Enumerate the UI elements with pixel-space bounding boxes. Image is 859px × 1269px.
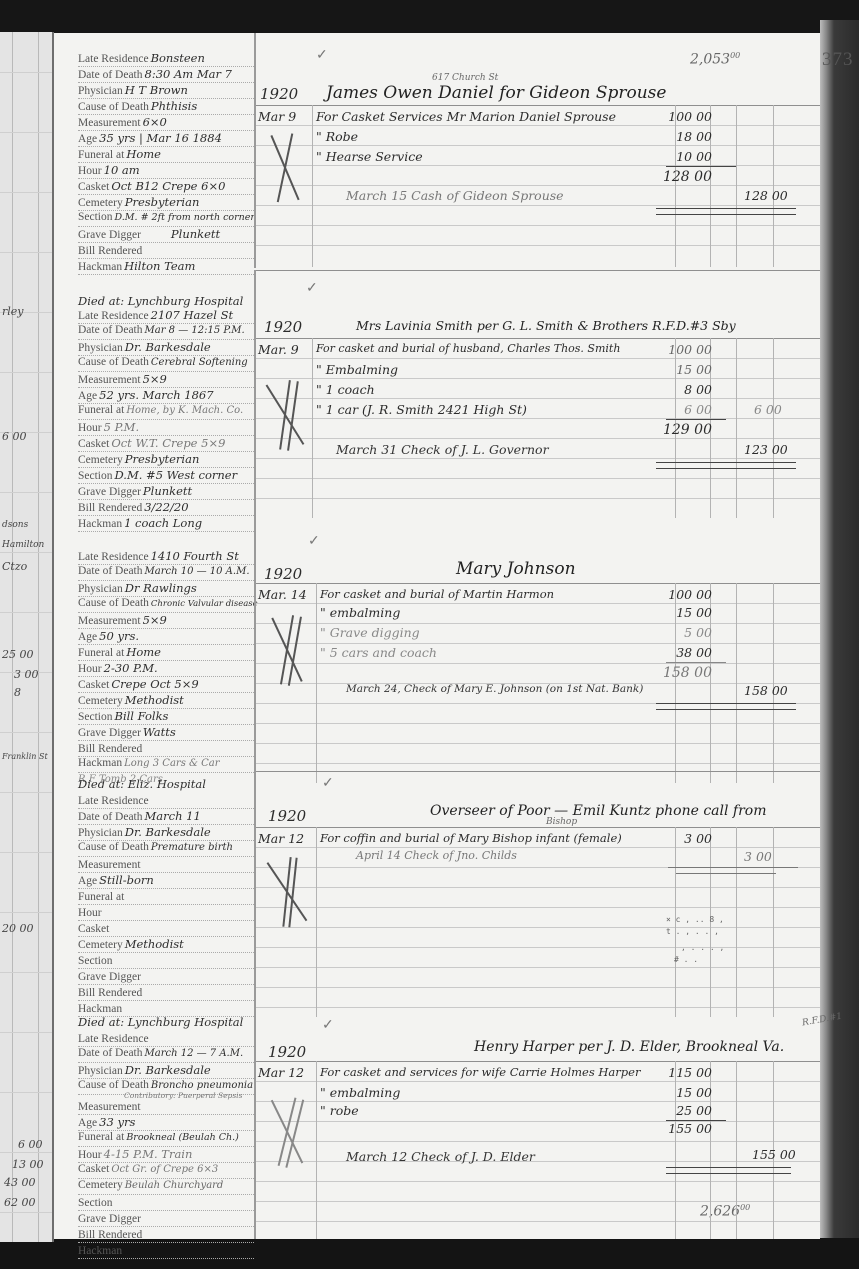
account-note: Bishop (546, 817, 577, 827)
hour-value: 5 P.M. (104, 420, 139, 434)
pencil-scribbles: t . , . . , (666, 927, 719, 936)
ledger-entry: Died at: Eliz. Hospital Late Residence D… (54, 765, 820, 995)
funeral-at-value: Home (126, 147, 161, 161)
account-note: 617 Church St (432, 73, 498, 83)
section-value: Bill Folks (115, 709, 169, 723)
account-name: Overseer of Poor — Emil Kuntz phone call… (430, 803, 767, 819)
line-item-description: " robe (320, 1103, 359, 1118)
measurement-value: 5×9 (143, 613, 167, 627)
line-item-description: " embalming (320, 605, 400, 620)
line-item-amount: 100 00 (654, 342, 712, 357)
casket-value: Oct B12 Crepe 6×0 (111, 179, 225, 193)
cause-of-death-value: Premature birth (151, 842, 233, 853)
line-item-description: For casket and burial of husband, Charle… (316, 342, 620, 355)
physician-value: Dr Rawlings (125, 581, 197, 595)
line-item-amount: 10 00 (654, 149, 712, 164)
age-value: 50 yrs. (99, 629, 139, 643)
cause-of-death-value: Phthisis (151, 99, 197, 113)
account-record: ✓ 1920 Mrs Lavinia Smith per G. L. Smith… (256, 270, 820, 515)
age-value: Still-born (99, 873, 154, 887)
line-item-amount: 8 00 (654, 382, 712, 397)
payment-amount: 158 00 (744, 683, 788, 698)
entry-year: 1920 (260, 85, 298, 103)
hour-value: 2-30 P.M. (104, 661, 158, 675)
line-item-amount: 25 00 (654, 1103, 712, 1118)
prev-page-note: Hamilton (2, 540, 44, 550)
check-mark-icon: ✓ (322, 1017, 334, 1034)
pencil-scribbles: , . . . , (681, 943, 724, 952)
account-record: ✓ 1920 Henry Harper per J. D. Elder, Bro… (256, 1001, 820, 1239)
deceased-record: Late Residence1410 Fourth St Date of Dea… (54, 515, 254, 755)
line-item-amount: 18 00 (654, 129, 712, 144)
hour-value: 10 am (104, 163, 140, 177)
payment-description: March 24, Check of Mary E. Johnson (on 1… (346, 683, 643, 695)
account-name: James Owen Daniel for Gideon Sprouse (326, 83, 666, 103)
physician-value: H T Brown (125, 83, 188, 97)
casket-value: Oct Gr. of Crepe 6×3 (111, 1164, 218, 1175)
line-item-date: Mar 9 (258, 109, 296, 124)
payment-description: April 14 Check of Jno. Childs (356, 849, 517, 862)
subtotal-amount: 128 00 (654, 169, 712, 185)
line-item-amount: 38 00 (654, 645, 712, 660)
physician-value: Dr. Barkesdale (125, 1063, 211, 1077)
died-at-value: Died at: Eliz. Hospital (78, 777, 206, 791)
bill-rendered-value: 3/22/20 (144, 500, 188, 514)
subtotal-amount: 158 00 (654, 665, 712, 681)
check-mark-icon: ✓ (322, 775, 334, 792)
date-of-death-value: March 10 — 10 A.M. (145, 566, 250, 577)
ledger-page: 373 2,05300 2,62600 Late ResidenceBonste… (54, 33, 820, 1239)
line-item-description: " Robe (316, 129, 358, 144)
cross-out-mark (264, 855, 311, 929)
cross-out-mark (260, 1093, 316, 1171)
line-item-description: " Hearse Service (316, 149, 423, 164)
date-of-death-value: 8:30 Am Mar 7 (145, 67, 232, 81)
funeral-at-value: Brookneal (Beulah Ch.) (126, 1132, 239, 1143)
prev-page-note: 8 (14, 686, 21, 699)
prev-page-note: rley (2, 305, 24, 318)
line-item-description: For coffin and burial of Mary Bishop inf… (320, 831, 622, 845)
died-at-value: Died at: Lynchburg Hospital (78, 1015, 243, 1029)
date-of-death-value: March 11 (145, 809, 201, 823)
section-value: D.M. # 2ft from north corner (115, 212, 255, 223)
check-mark-icon: ✓ (316, 47, 328, 64)
line-item-amount: 115 00 (654, 1065, 712, 1080)
grave-digger-value: Plunkett (143, 484, 192, 498)
line-item-date: Mar 12 (258, 1065, 304, 1080)
entry-year: 1920 (268, 807, 306, 825)
physician-value: Dr. Barkesdale (125, 825, 211, 839)
age-value: 33 yrs (99, 1115, 135, 1129)
hour-value: 4-15 P.M. Train (104, 1147, 193, 1161)
payment-description: March 31 Check of J. L. Governor (336, 442, 549, 457)
line-item-amount: 15 00 (654, 1085, 712, 1100)
age-value: 35 yrs | Mar 16 1884 (99, 131, 222, 145)
line-item-amount: 5 00 (654, 625, 712, 640)
line-item-amount: 100 00 (654, 109, 712, 124)
entry-year: 1920 (268, 1043, 306, 1061)
line-item-description: " 1 car (J. R. Smith 2421 High St) (316, 402, 527, 417)
line-item-date: Mar 12 (258, 831, 304, 846)
casket-value: Crepe Oct 5×9 (111, 677, 198, 691)
previous-page-margin: rley 6 00 dsons Hamilton Ctzo 25 00 3 00… (0, 32, 54, 1242)
deceased-record: Late ResidenceBonsteen Date of Death8:30… (54, 33, 254, 268)
prev-page-note: Ctzo (2, 560, 27, 573)
carried-amount: 6 00 (754, 402, 782, 417)
cause-of-death-value: Cerebral Softening (151, 357, 248, 368)
prev-page-note: 25 00 (2, 648, 34, 661)
page-number: 373 (822, 49, 854, 71)
line-item-description: " embalming (320, 1085, 400, 1100)
payment-description: March 12 Check of J. D. Elder (346, 1149, 535, 1164)
line-item-amount: 15 00 (654, 362, 712, 377)
prev-page-note: 6 00 (2, 430, 27, 443)
prev-page-note: 6 00 (18, 1138, 43, 1151)
measurement-value: 5×9 (143, 372, 167, 386)
line-item-date: Mar. 9 (258, 342, 299, 357)
entry-year: 1920 (264, 318, 302, 336)
entry-year: 1920 (264, 565, 302, 583)
subtotal-amount: 129 00 (654, 422, 712, 438)
line-item-amount: 15 00 (654, 605, 712, 620)
prev-page-note: Franklin St (2, 752, 48, 761)
line-item-amount: 6 00 (654, 402, 712, 417)
line-item-amount: 100 00 (654, 587, 712, 602)
cemetery-value: Presbyterian (125, 452, 200, 466)
cemetery-value: Beulah Churchyard (125, 1180, 224, 1191)
measurement-value: 6×0 (143, 115, 167, 129)
physician-value: Dr. Barkesdale (125, 340, 211, 354)
late-residence-value: 1410 Fourth St (151, 549, 239, 563)
payment-amount: 3 00 (744, 849, 772, 864)
line-item-date: Mar. 14 (258, 587, 307, 602)
prev-page-note: 20 00 (2, 922, 34, 935)
ledger-entry: Died at: Lynchburg Hospital Late Residen… (54, 270, 820, 515)
line-item-description: For casket and burial of Martin Harmon (320, 587, 554, 601)
age-value: 52 yrs. March 1867 (99, 388, 213, 402)
line-item-description: " 5 cars and coach (320, 645, 437, 660)
prev-page-note: 43 00 (4, 1176, 36, 1189)
account-record: ✓ 1920 Mary Johnson Mar. 14 For casket a… (256, 515, 820, 755)
died-at-value: Died at: Lynchburg Hospital (78, 294, 243, 308)
pencil-scribbles: # . . (674, 955, 698, 964)
account-record: ✓ 1920 Overseer of Poor — Emil Kuntz pho… (256, 765, 820, 995)
prev-page-note: 3 00 (14, 668, 39, 681)
casket-value: Oct W.T. Crepe 5×9 (111, 436, 225, 450)
cause-of-death-value: Chronic Valvular disease (151, 599, 258, 609)
prev-page-note: 13 00 (12, 1158, 44, 1171)
desk-background-top (0, 0, 859, 36)
line-item-description: For Casket Services Mr Marion Daniel Spr… (316, 109, 616, 124)
date-of-death-value: March 12 — 7 A.M. (145, 1048, 244, 1059)
section-value: D.M. #5 West corner (115, 468, 238, 482)
payment-amount: 155 00 (752, 1147, 796, 1162)
funeral-at-value: Home, by K. Mach. Co. (126, 405, 243, 416)
late-residence-value: 2107 Hazel St (151, 308, 234, 322)
date-of-death-value: Mar 8 — 12:15 P.M. (145, 325, 245, 336)
cemetery-value: Methodist (125, 937, 184, 951)
subtotal-amount: 155 00 (654, 1121, 712, 1136)
prev-page-note: 62 00 (4, 1196, 36, 1209)
account-name: Mrs Lavinia Smith per G. L. Smith & Brot… (356, 318, 736, 333)
account-name: Mary Johnson (456, 559, 576, 579)
check-mark-icon: ✓ (308, 533, 320, 550)
account-record: ✓ 617 Church St 1920 James Owen Daniel f… (256, 33, 820, 268)
line-item-description: For casket and services for wife Carrie … (320, 1065, 640, 1079)
line-item-description: " Grave digging (320, 625, 420, 640)
deceased-record: Died at: Lynchburg Hospital Late Residen… (54, 270, 254, 515)
payment-amount: 123 00 (744, 442, 788, 457)
funeral-at-value: Home (126, 645, 161, 659)
deceased-record: Died at: Eliz. Hospital Late Residence D… (54, 765, 254, 995)
payment-amount: 128 00 (744, 188, 788, 203)
grave-digger-value: Watts (143, 725, 176, 739)
book-cover-edge (820, 20, 859, 1250)
cross-out-mark (261, 378, 310, 453)
line-item-description: " Embalming (316, 362, 398, 377)
cemetery-value: Presbyterian (125, 195, 200, 209)
line-item-amount: 3 00 (654, 831, 712, 846)
payment-description: March 15 Cash of Gideon Sprouse (346, 188, 564, 203)
cemetery-value: Methodist (125, 693, 184, 707)
prev-page-note: dsons (2, 520, 28, 530)
ledger-entry: Late Residence1410 Fourth St Date of Dea… (54, 515, 820, 755)
grave-digger-value: Plunkett (171, 227, 220, 241)
check-mark-icon: ✓ (306, 280, 318, 297)
ledger-entry: Late ResidenceBonsteen Date of Death8:30… (54, 33, 820, 268)
cross-out-mark (259, 130, 313, 207)
cause-of-death-value: Broncho pneumonia (151, 1080, 253, 1091)
ledger-entry: Died at: Lynchburg Hospital Late Residen… (54, 1001, 820, 1239)
late-residence-value: Bonsteen (151, 51, 205, 65)
pencil-scribbles: × c , .. 8 , (666, 915, 724, 924)
deceased-record: Died at: Lynchburg Hospital Late Residen… (54, 1001, 254, 1239)
line-item-description: " 1 coach (316, 382, 375, 397)
account-name: Henry Harper per J. D. Elder, Brookneal … (474, 1039, 784, 1055)
